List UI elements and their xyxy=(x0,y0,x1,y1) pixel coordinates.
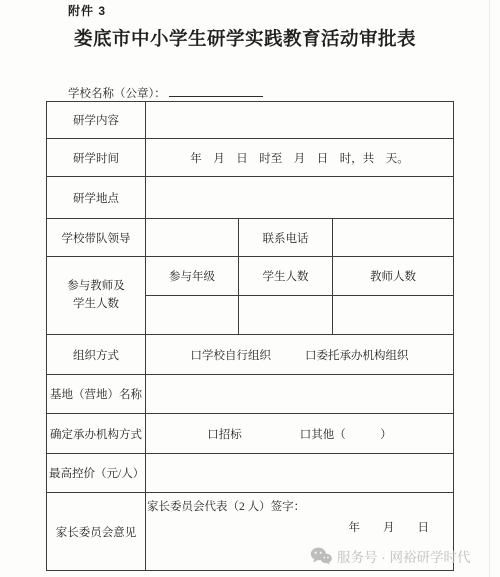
student-count-value-cell xyxy=(239,296,333,335)
page-title: 娄底市中小学生研学实践教育活动审批表 xyxy=(0,25,490,51)
contractor-method-label: 确定承办机构方式 xyxy=(47,414,146,454)
study-time-label: 研学时间 xyxy=(47,139,146,177)
table-row: 研学内容 xyxy=(47,102,454,139)
table-row: 研学地点 xyxy=(47,177,454,219)
table-row: 基地（营地）名称 xyxy=(47,375,454,414)
max-price-value-cell xyxy=(146,454,454,493)
contractor-method-option-bid: 口招标 xyxy=(207,426,242,442)
base-name-value-cell xyxy=(146,375,454,414)
document-page: { "header": { "attachment": "附件 3", "tit… xyxy=(0,0,500,577)
study-place-label: 研学地点 xyxy=(47,177,146,219)
parent-committee-date-line: 年 月 日 xyxy=(349,519,430,535)
participants-label-line2: 学生人数 xyxy=(49,296,143,314)
table-row: 最高控价（元/人） xyxy=(47,454,454,493)
contractor-method-options-cell: 口招标 口其他（ ） xyxy=(146,414,454,454)
study-content-label: 研学内容 xyxy=(47,102,146,139)
page-right-edge xyxy=(489,0,490,577)
watermark-text: 服务号 · 网裕研学时代 xyxy=(337,546,471,566)
wechat-icon xyxy=(310,547,332,565)
table-row: 学校带队领导 联系电话 xyxy=(47,219,454,257)
table-row: 组织方式 口学校自行组织 口委托承办机构组织 xyxy=(47,335,454,375)
parent-committee-sign-label: 家长委员会代表（2 人）签字： xyxy=(147,498,305,514)
student-count-header: 学生人数 xyxy=(239,257,333,296)
contractor-method-option-other: 口其他（ ） xyxy=(300,426,392,442)
school-name-label: 学校名称（公章）： xyxy=(68,88,166,100)
study-time-value-cell: 年 月 日 时至 月 日 时，共 天。 xyxy=(146,139,454,177)
school-name-line: 学校名称（公章）： xyxy=(68,84,263,101)
max-price-label: 最高控价（元/人） xyxy=(47,454,146,493)
parent-committee-label: 家长委员会意见 xyxy=(47,493,146,571)
contact-phone-label: 联系电话 xyxy=(239,219,333,257)
study-content-value-cell xyxy=(146,102,454,139)
study-place-value-cell xyxy=(146,177,454,219)
organization-option-school: 口学校自行组织 xyxy=(191,347,272,363)
approval-table: 研学内容 研学时间 年 月 日 时至 月 日 时，共 天。 研学地点 学校带队领… xyxy=(46,101,454,571)
watermark: 服务号 · 网裕研学时代 xyxy=(310,546,471,566)
table-row: 研学时间 年 月 日 时至 月 日 时，共 天。 xyxy=(47,139,454,177)
school-leader-label: 学校带队领导 xyxy=(47,219,146,257)
organization-label: 组织方式 xyxy=(47,335,146,375)
attachment-label: 附件 3 xyxy=(68,2,106,19)
grade-value-cell xyxy=(146,296,239,335)
contact-phone-value-cell xyxy=(333,219,454,257)
school-name-blank xyxy=(169,84,263,97)
teacher-count-header: 教师人数 xyxy=(333,257,454,296)
organization-options-cell: 口学校自行组织 口委托承办机构组织 xyxy=(146,335,454,375)
grade-header: 参与年级 xyxy=(146,257,239,296)
organization-option-agency: 口委托承办机构组织 xyxy=(305,347,409,363)
base-name-label: 基地（营地）名称 xyxy=(47,375,146,414)
participants-label-line1: 参与教师及 xyxy=(49,278,143,296)
table-row: 确定承办机构方式 口招标 口其他（ ） xyxy=(47,414,454,454)
school-leader-value-cell xyxy=(146,219,239,257)
table-row: 参与教师及 学生人数 参与年级 学生人数 教师人数 xyxy=(47,257,454,296)
teacher-count-value-cell xyxy=(333,296,454,335)
participants-label: 参与教师及 学生人数 xyxy=(47,257,146,335)
